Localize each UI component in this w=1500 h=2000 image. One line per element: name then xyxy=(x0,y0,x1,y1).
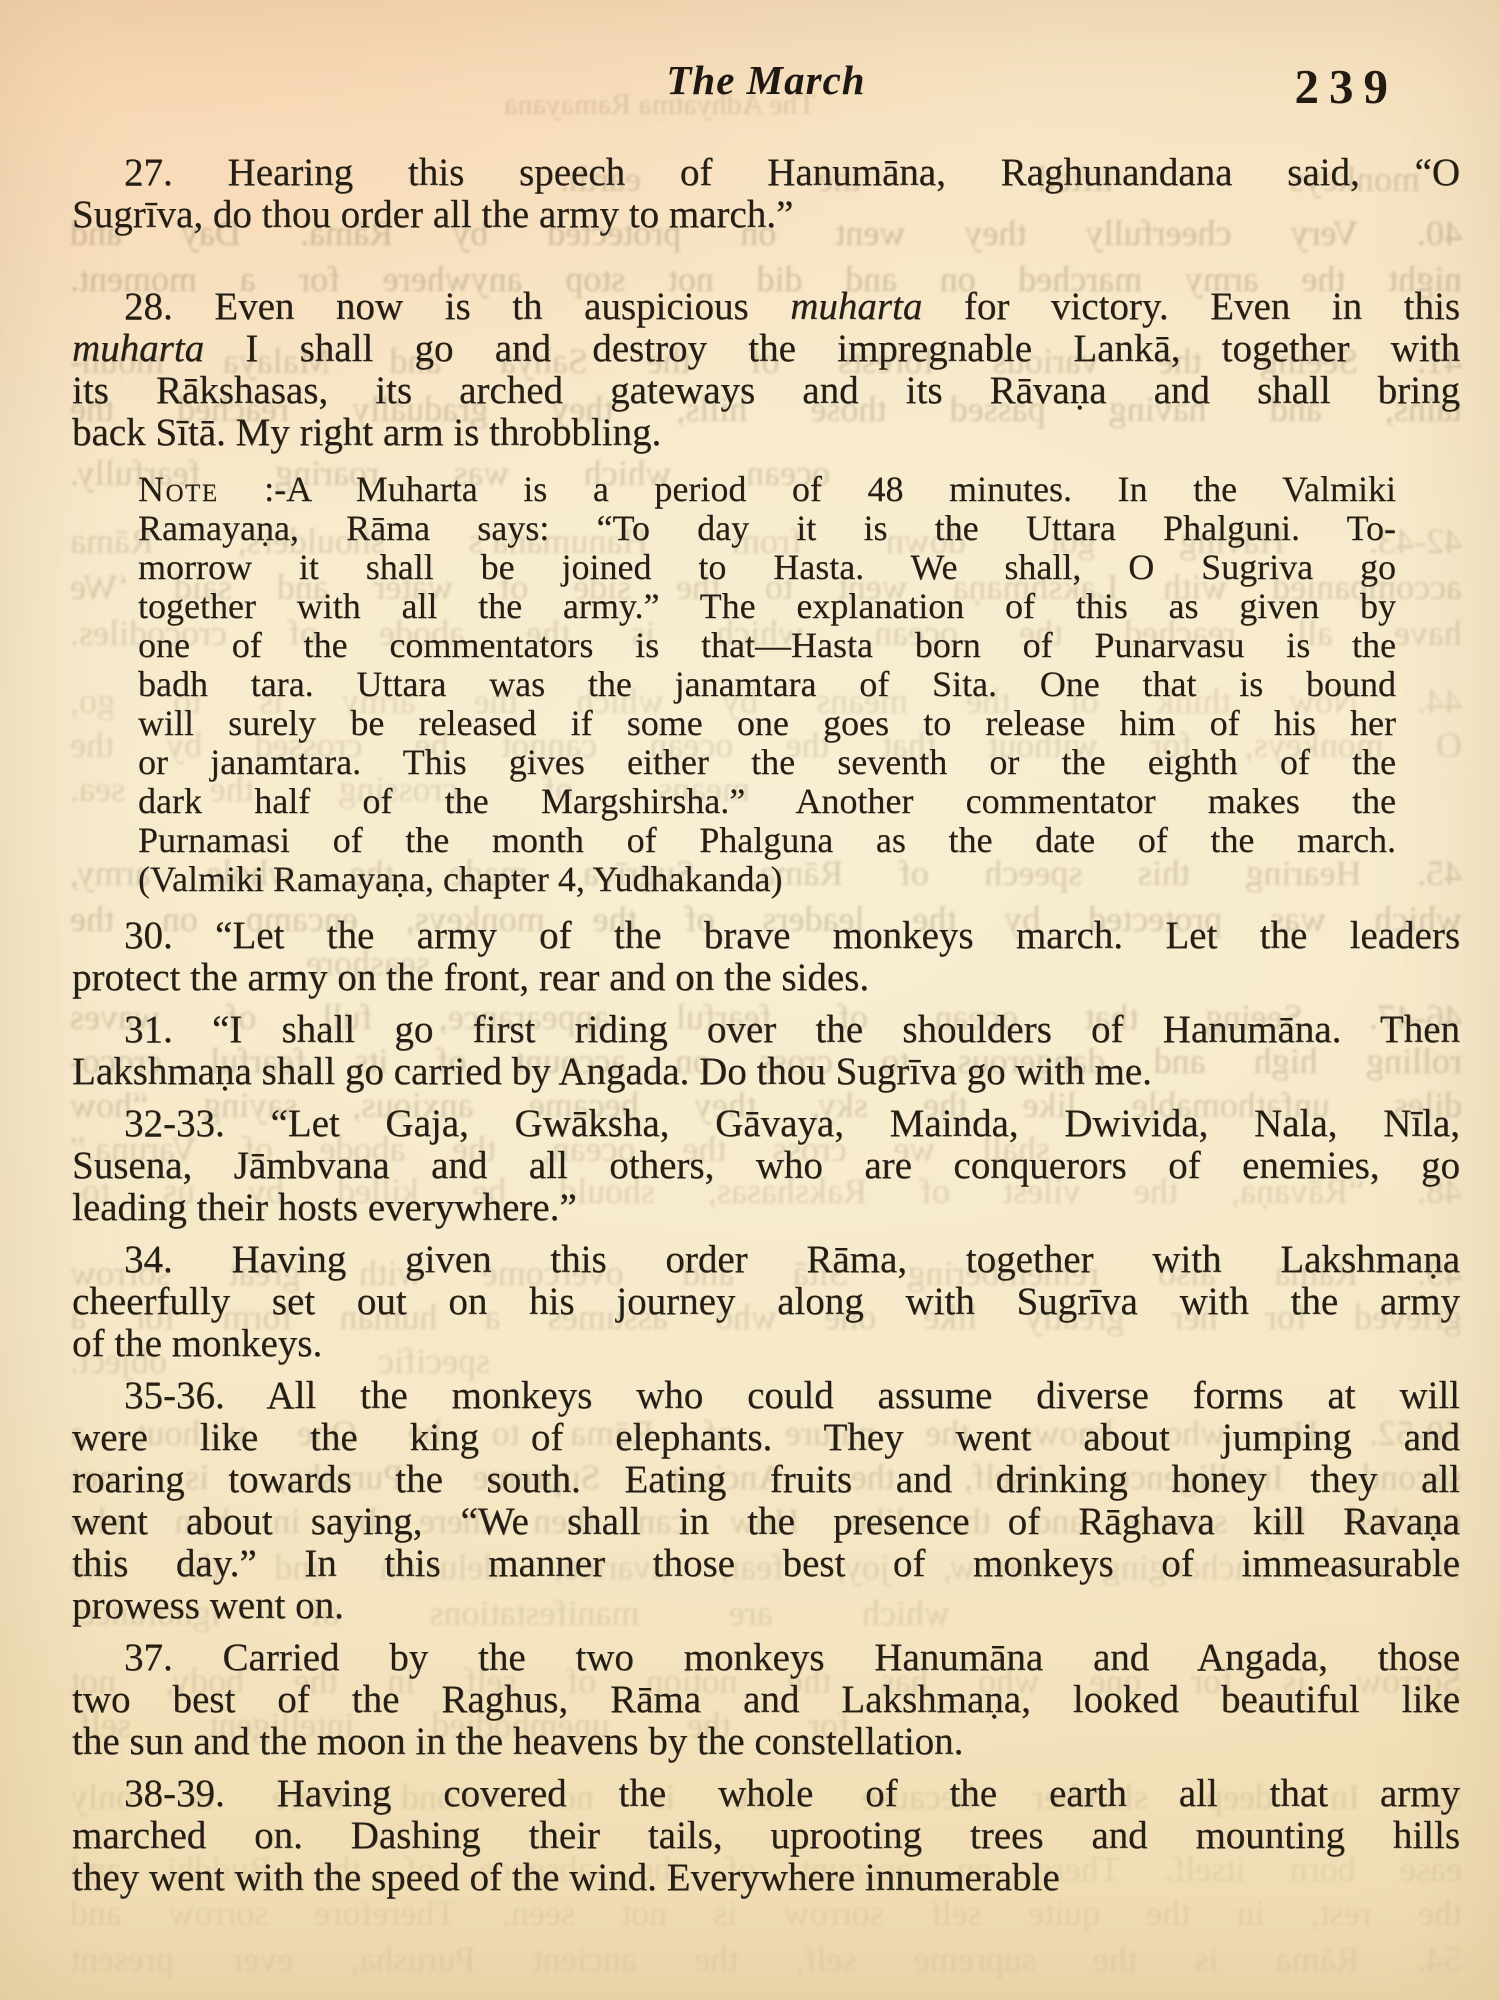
note-block: Note :-A Muharta is a period of 48 minut… xyxy=(138,470,1396,899)
text-line: Lakshmaṇa shall go carried by Angada. Do… xyxy=(72,1051,1460,1093)
text-line: Sugrīva, do thou order all the army to m… xyxy=(72,194,1460,236)
verse-35-36-paragraph: 35-36. All the monkeys who could assume … xyxy=(72,1375,1460,1627)
text-line: dark half of the Margshirsha.” Another c… xyxy=(138,782,1396,821)
verse-28-paragraph: 28. Even now is th auspicious muharta fo… xyxy=(72,286,1460,454)
text-line: cheerfully set out on his journey along … xyxy=(72,1281,1460,1323)
text-line: one of the commentators is that—Hasta bo… xyxy=(138,626,1396,665)
text-line: Ramayaṇa, Rāma says: “To day it is the U… xyxy=(138,509,1396,548)
verse-34-paragraph: 34. Having given this order Rāma, togeth… xyxy=(72,1239,1460,1365)
page-number: 239 xyxy=(1295,58,1399,115)
text-line: 37. Carried by the two monkeys Hanumāna … xyxy=(72,1637,1460,1679)
text-line: roaring towards the south. Eating fruits… xyxy=(72,1459,1460,1501)
text-line: marched on. Dashing their tails, uprooti… xyxy=(72,1815,1460,1857)
text-line: Susena, Jāmbvana and all others, who are… xyxy=(72,1145,1460,1187)
text-line: the sun and the moon in the heavens by t… xyxy=(72,1721,1460,1763)
verse-37-paragraph: 37. Carried by the two monkeys Hanumāna … xyxy=(72,1637,1460,1763)
text-line: 30. “Let the army of the brave monkeys m… xyxy=(72,915,1460,957)
text-line: (Valmiki Ramayaṇa, chapter 4, Yudhakanda… xyxy=(138,860,1396,899)
text-line: Purnamasi of the month of Phalguna as th… xyxy=(138,821,1396,860)
verse-27-paragraph: 27. Hearing this speech of Hanumāna, Rag… xyxy=(72,152,1460,236)
verse-38-39-paragraph: 38-39. Having covered the whole of the e… xyxy=(72,1773,1460,1899)
text-line: protect the army on the front, rear and … xyxy=(72,957,1460,999)
running-title: The March xyxy=(72,56,1460,104)
text-line: were like the king of elephants. They we… xyxy=(72,1417,1460,1459)
text-line: 31. “I shall go first riding over the sh… xyxy=(72,1009,1460,1051)
note-label: Note xyxy=(138,469,219,509)
text-line: 28. Even now is th auspicious muharta fo… xyxy=(72,286,1460,328)
text-line: 35-36. All the monkeys who could assume … xyxy=(72,1375,1460,1417)
text-line: leading their hosts everywhere.” xyxy=(72,1187,1460,1229)
text-line: 38-39. Having covered the whole of the e… xyxy=(72,1773,1460,1815)
text-line: or janamtara. This gives either the seve… xyxy=(138,743,1396,782)
text-line: 32-33. “Let Gaja, Gwāksha, Gāvaya, Maind… xyxy=(72,1103,1460,1145)
text-line: two best of the Raghus, Rāma and Lakshma… xyxy=(72,1679,1460,1721)
verse-30-paragraph: 30. “Let the army of the brave monkeys m… xyxy=(72,915,1460,999)
text-line: morrow it shall be joined to Hasta. We s… xyxy=(138,548,1396,587)
page-body: 27. Hearing this speech of Hanumāna, Rag… xyxy=(72,142,1460,1899)
text-line: of the monkeys. xyxy=(72,1323,1460,1365)
text-line: prowess went on. xyxy=(72,1585,1460,1627)
text-line: will surely be released if some one goes… xyxy=(138,704,1396,743)
text-line: went about saying, “We shall in the pres… xyxy=(72,1501,1460,1543)
text-line: Note :-A Muharta is a period of 48 minut… xyxy=(138,470,1396,509)
text-line: back Sītā. My right arm is throbbling. xyxy=(72,412,1460,454)
text-line: 34. Having given this order Rāma, togeth… xyxy=(72,1239,1460,1281)
text-line: they went with the speed of the wind. Ev… xyxy=(72,1857,1460,1899)
text-line: this day.” In this manner those best of … xyxy=(72,1543,1460,1585)
text-line: muharta I shall go and destroy the impre… xyxy=(72,328,1460,370)
text-line: 27. Hearing this speech of Hanumāna, Rag… xyxy=(72,152,1460,194)
verse-32-33-paragraph: 32-33. “Let Gaja, Gwāksha, Gāvaya, Maind… xyxy=(72,1103,1460,1229)
text-line: badh tara. Uttara was the janamtara of S… xyxy=(138,665,1396,704)
text-line: together with all the army.” The explana… xyxy=(138,587,1396,626)
text-line: its Rākshasas, its arched gateways and i… xyxy=(72,370,1460,412)
bleedthrough-text-line: 54. Rāma is the supreme self, the ancien… xyxy=(70,1938,1462,1982)
book-page: The Adhyatma Ramayanamonkeys lifted the … xyxy=(0,0,1500,2000)
verse-31-paragraph: 31. “I shall go first riding over the sh… xyxy=(72,1009,1460,1093)
